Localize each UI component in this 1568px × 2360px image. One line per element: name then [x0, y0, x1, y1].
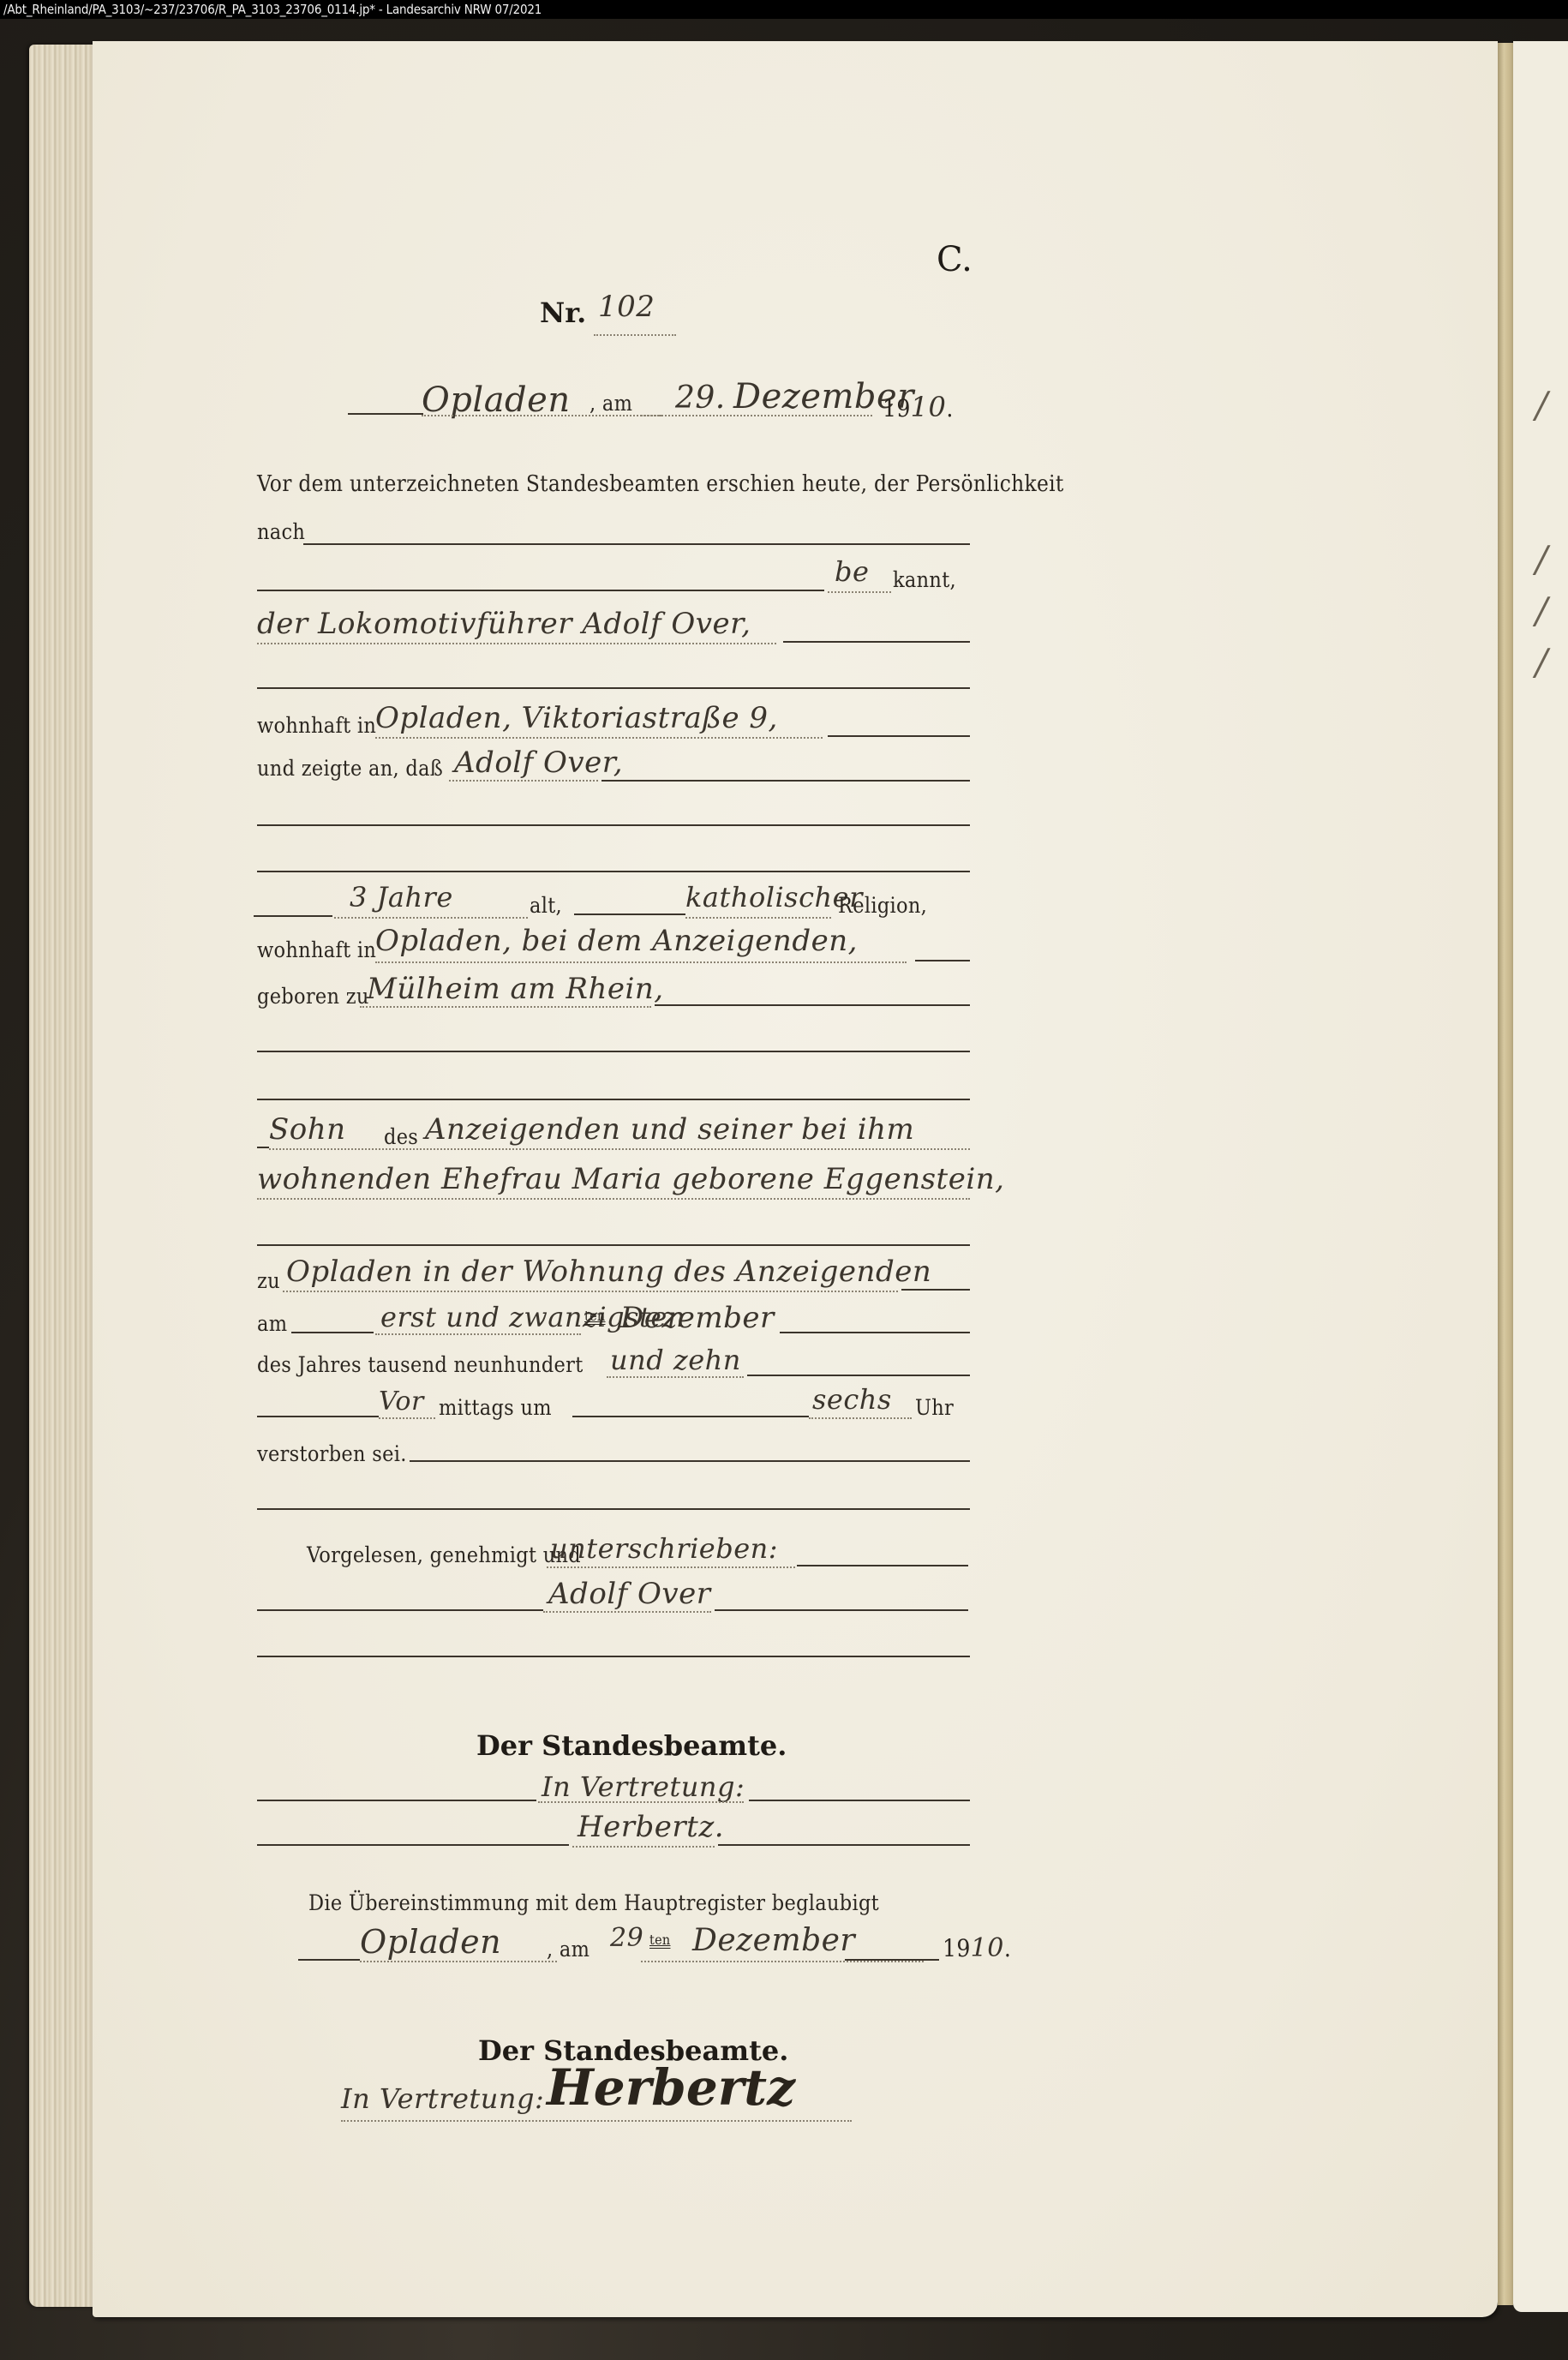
ten-label: ten — [584, 1308, 605, 1324]
rule — [291, 1332, 374, 1333]
death-place: Opladen in der Wohnung des Anzeigenden — [286, 1255, 931, 1289]
facing-page-mark: / — [1535, 641, 1547, 683]
cert-year-prefix: 19 — [943, 1934, 971, 1962]
window-title-bar: /Abt_Rheinland/PA_3103/~237/23706/R_PA_3… — [0, 0, 1568, 19]
date-day: 29. — [675, 380, 726, 416]
dots — [375, 737, 823, 739]
dots — [641, 1961, 924, 1962]
rule — [572, 1416, 809, 1417]
rule — [715, 1609, 968, 1611]
dots — [269, 1148, 970, 1150]
cert-place: Opladen — [360, 1923, 501, 1961]
facing-page-mark: / — [1535, 590, 1547, 632]
rule — [828, 735, 970, 737]
rule — [574, 913, 685, 915]
dots — [449, 780, 598, 782]
time-hour: sechs — [812, 1383, 892, 1416]
rule — [797, 1565, 968, 1566]
deceased-residence-label: wohnhaft in — [257, 937, 376, 962]
section-letter: C. — [937, 240, 973, 279]
record-number: 102 — [598, 290, 655, 324]
rule — [845, 1959, 939, 1961]
deceased-residence: Opladen, bei dem Anzeigenden, — [375, 924, 858, 958]
bekannt-print: kannt, — [893, 567, 956, 592]
dots — [341, 2120, 852, 2122]
residence-label: wohnhaft in — [257, 713, 376, 738]
dots — [607, 1376, 744, 1378]
rule — [901, 1289, 970, 1291]
bekannt-hand: be — [835, 555, 869, 588]
age-label: alt, — [530, 893, 562, 918]
rule — [257, 1416, 379, 1417]
rule — [298, 1959, 360, 1961]
rule — [257, 1244, 970, 1246]
registrar-heading: Der Standesbeamte. — [476, 1729, 787, 1762]
uhr-label: Uhr — [915, 1395, 954, 1420]
dots — [572, 1846, 715, 1848]
rule — [783, 641, 970, 643]
facing-page-mark: / — [1535, 538, 1547, 580]
rule — [257, 824, 970, 826]
rule — [718, 1844, 970, 1846]
rule — [257, 871, 970, 872]
window-title: /Abt_Rheinland/PA_3103/~237/23706/R_PA_3… — [3, 2, 542, 17]
year-prefix: 1910. — [883, 391, 954, 423]
zeigte-label: und zeigte an, daß — [257, 756, 443, 781]
dots — [379, 1417, 435, 1419]
dots — [257, 1198, 970, 1200]
facing-page-edge: / / / / — [1513, 41, 1568, 2312]
dots — [685, 917, 831, 919]
dots — [375, 1333, 581, 1335]
rule — [747, 1375, 970, 1376]
rule — [780, 1332, 970, 1333]
time-period: Vor — [379, 1387, 424, 1417]
dots — [334, 917, 528, 919]
am-label: am — [257, 1311, 287, 1336]
rule — [257, 1656, 970, 1657]
age: 3 Jahre — [350, 881, 453, 913]
date-dots — [641, 415, 872, 416]
rule — [303, 543, 970, 545]
cert-am-label: , am — [547, 1937, 589, 1962]
intro-text: Vor dem unterzeichneten Standesbeamten e… — [257, 471, 1064, 497]
year-prefix-text: 19 — [883, 394, 911, 422]
cert-month: Dezember — [692, 1923, 855, 1958]
rule — [601, 780, 970, 782]
dots — [809, 1417, 912, 1419]
read-hand: unterschrieben: — [550, 1532, 778, 1565]
year-hand: und zehn — [610, 1344, 741, 1376]
rule — [749, 1800, 970, 1801]
birth-place: Mülheim am Rhein, — [367, 972, 664, 1006]
rule — [254, 915, 332, 917]
relation: Sohn — [269, 1112, 346, 1147]
year-suffix: 10 — [911, 391, 947, 423]
read-label: Vorgelesen, genehmigt und — [307, 1542, 581, 1567]
dots — [283, 1291, 898, 1292]
cert-year-suffix: 10 — [971, 1933, 1004, 1963]
rule — [257, 1508, 970, 1510]
rule — [257, 1800, 536, 1801]
dots — [257, 643, 776, 644]
cert-ten: ten — [649, 1932, 670, 1948]
death-place-label: zu — [257, 1268, 280, 1293]
deceased-name: Adolf Over, — [454, 746, 623, 780]
rule — [257, 1147, 269, 1148]
dots — [828, 591, 891, 593]
year-label: des Jahres tausend neunhundert — [257, 1352, 584, 1377]
cert-signature: Herbertz — [547, 2058, 795, 2117]
rule — [348, 413, 423, 415]
register-page: C. Nr. 102 Opladen , am 29. Dezember 191… — [93, 41, 1498, 2317]
rule — [257, 1609, 543, 1611]
year-end: . — [946, 394, 953, 422]
rule — [410, 1460, 970, 1462]
dots — [360, 1006, 651, 1008]
informant-signature: Adolf Over — [548, 1577, 711, 1611]
dots — [543, 1611, 711, 1613]
birth-label: geboren zu — [257, 984, 369, 1009]
certification-text: Die Übereinstimmung mit dem Hauptregiste… — [308, 1890, 879, 1915]
cert-day: 29 — [610, 1923, 643, 1953]
book-gutter — [1498, 43, 1513, 2305]
facing-page-mark: / — [1535, 384, 1547, 426]
rule — [257, 1099, 970, 1100]
religion: katholischer — [685, 881, 863, 913]
am-label: , am — [589, 391, 632, 416]
nach-label: nach — [257, 519, 305, 544]
parents-line-2: wohnenden Ehefrau Maria geborene Eggenst… — [257, 1162, 1004, 1196]
parents-line-1: Anzeigenden und seiner bei ihm — [425, 1112, 914, 1147]
rule — [915, 960, 970, 961]
rule — [655, 1004, 970, 1006]
dots — [538, 1801, 744, 1803]
book-page-stack — [29, 45, 98, 2307]
rule — [257, 1844, 569, 1846]
cert-year: 1910. — [943, 1933, 1011, 1963]
des-label: des — [384, 1124, 418, 1149]
dots — [547, 1566, 795, 1568]
residence: Opladen, Viktoriastraße 9, — [375, 701, 778, 735]
death-month: Dezember — [620, 1301, 775, 1335]
rule — [257, 687, 970, 689]
registrar-signature: Herbertz. — [578, 1810, 724, 1844]
record-number-label: Nr. — [540, 296, 586, 329]
time-label: mittags um — [439, 1395, 552, 1420]
dots — [375, 961, 907, 963]
rule — [257, 1051, 970, 1052]
dots — [360, 1961, 557, 1962]
religion-label: Religion, — [838, 893, 927, 918]
informant: der Lokomotivführer Adolf Over, — [257, 607, 751, 641]
cert-year-end: . — [1004, 1934, 1011, 1962]
registrar-deputy: In Vertretung: — [542, 1770, 745, 1803]
verstorben-label: verstorben sei. — [257, 1441, 407, 1466]
cert-deputy: In Vertretung: — [341, 2082, 544, 2115]
rule — [257, 590, 824, 591]
record-number-dots — [594, 334, 676, 336]
